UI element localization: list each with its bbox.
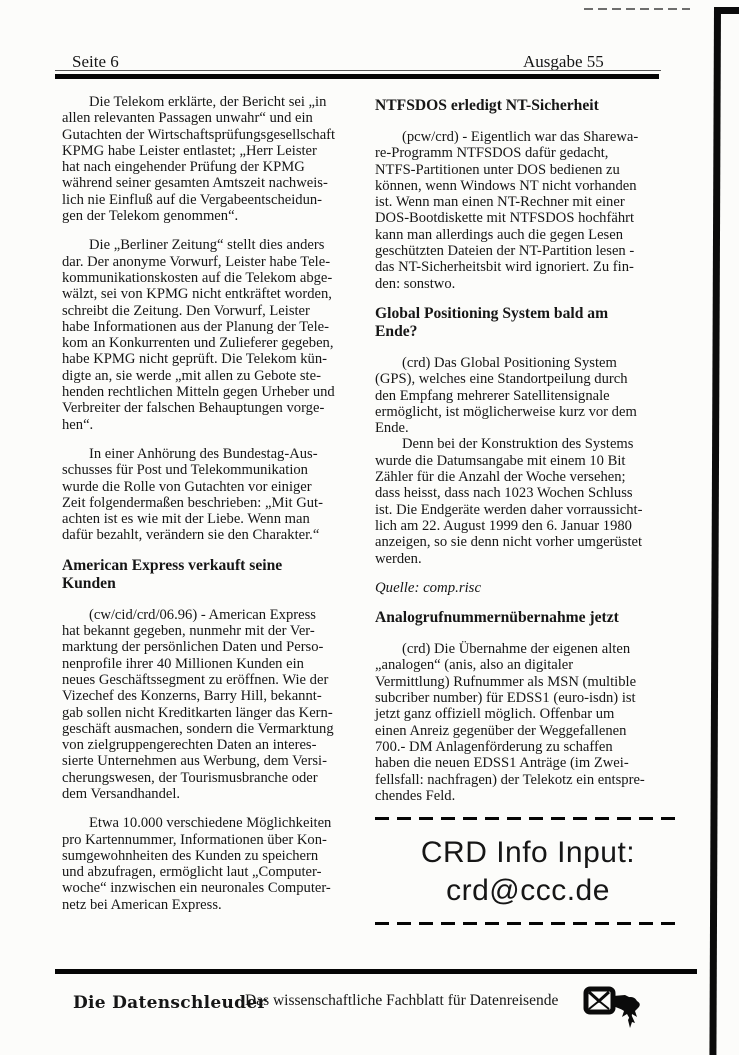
article-paragraph: (cw/cid/crd/06.96) - American Express ha… xyxy=(62,607,365,803)
page-number-label: Seite 6 xyxy=(72,52,119,72)
scan-dash-artifact xyxy=(584,8,690,10)
issue-label: Ausgabe 55 xyxy=(523,52,643,72)
header-thick-rule xyxy=(55,74,659,79)
article-heading-ntfsdos: NTFSDOS erledigt NT-Sicherheit xyxy=(375,97,681,115)
scan-edge-top-cap xyxy=(714,7,739,14)
article-heading-analog: Analogrufnummernübernahme jetzt xyxy=(375,609,681,627)
article-paragraph: Etwa 10.000 verschiedene Möglichkeiten p… xyxy=(62,815,365,913)
crd-info-box: CRD Info Input: crd@ccc.de xyxy=(375,817,681,925)
footer-rule xyxy=(55,969,697,974)
header-thin-rule xyxy=(55,70,661,71)
right-column: NTFSDOS erledigt NT-Sicherheit (pcw/crd)… xyxy=(375,94,681,925)
datenschleuder-slingshot-logo-icon xyxy=(583,984,645,1034)
article-heading-gps: Global Positioning System bald am Ende? xyxy=(375,305,681,341)
article-paragraph: (crd) Das Global Positioning System (GPS… xyxy=(375,355,681,436)
dashed-rule-bottom xyxy=(375,922,681,925)
crd-info-email: crd@ccc.de xyxy=(375,872,681,910)
article-heading-american-express: American Express verkauft seine Kunden xyxy=(62,557,365,593)
dashed-rule-top xyxy=(375,817,681,820)
article-paragraph: (crd) Die Übernahme der eigenen alten „a… xyxy=(375,641,681,804)
footer-brand: Die Datenschleuder xyxy=(73,993,267,1013)
left-column: Die Telekom erklärte, der Bericht sei „i… xyxy=(62,94,365,926)
article-paragraph: In einer Anhörung des Bundestag-Aus- sch… xyxy=(62,446,365,544)
article-paragraph: Die „Berliner Zeitung“ stellt dies ander… xyxy=(62,237,365,433)
article-paragraph: Denn bei der Konstruktion des Systems wu… xyxy=(375,436,681,566)
article-paragraph: (pcw/crd) - Eigentlich war das Sharewa- … xyxy=(375,129,681,292)
footer-tagline: Das wissenschaftliche Fachblatt für Date… xyxy=(245,992,558,1010)
scan-edge-line xyxy=(709,7,721,1055)
scanned-newsletter-page: Seite 6 Ausgabe 55 Die Telekom erklärte,… xyxy=(0,0,739,1055)
source-line: Quelle: comp.risc xyxy=(375,580,681,596)
article-paragraph: Die Telekom erklärte, der Bericht sei „i… xyxy=(62,94,365,224)
crd-info-title: CRD Info Input: xyxy=(375,834,681,872)
